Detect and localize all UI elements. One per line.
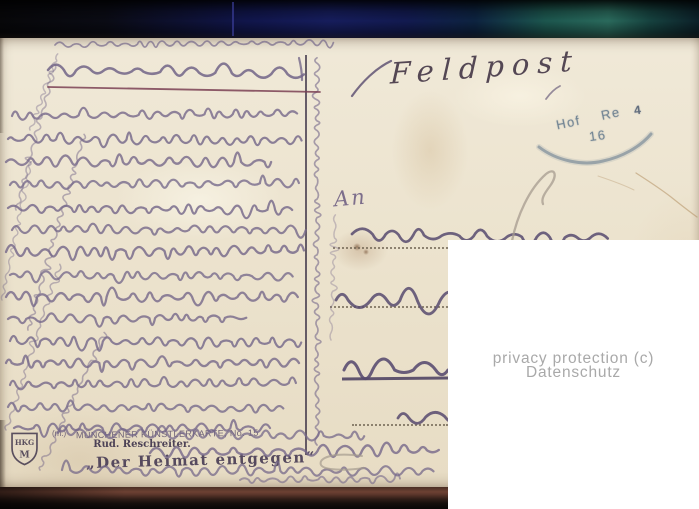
handwriting-stroke [12, 106, 297, 120]
handwriting-stroke [150, 442, 439, 459]
handwriting-stroke [312, 58, 321, 445]
handwriting-stroke [55, 40, 333, 51]
mark-stroke [546, 86, 560, 99]
handwriting-stroke [8, 400, 283, 413]
handwriting-stroke [10, 175, 299, 189]
handwriting-stroke [62, 461, 434, 478]
mark-stroke [512, 171, 555, 241]
scan-top-bar [0, 0, 699, 38]
handwriting-stroke [8, 199, 292, 219]
an-handwriting: An [333, 185, 368, 212]
handwriting-stroke [48, 61, 304, 81]
handwriting-stroke [10, 376, 296, 389]
mark-stroke [598, 176, 634, 190]
handwriting-stroke [10, 271, 293, 284]
privacy-line2: Datenschutz [448, 366, 699, 380]
left-edge-shadow [0, 420, 6, 488]
handwriting-stroke [6, 356, 299, 372]
handwriting-stroke [2, 263, 65, 432]
left-edge-top-shadow [0, 38, 4, 133]
scan-artifact-line [232, 2, 234, 36]
handwriting-stroke [336, 288, 460, 315]
postmark-mark: 4 [633, 102, 643, 117]
postcard-scan: Feldpost An Hof Re 4 16 HKG M (m.) MÜNCH… [0, 0, 699, 509]
postmark-day: 16 [588, 127, 607, 144]
mark-stroke [636, 173, 697, 217]
mark-stroke [48, 87, 320, 92]
handwriting-stroke [14, 420, 270, 437]
handwriting-stroke [327, 215, 340, 340]
handwriting-stroke [10, 336, 301, 352]
handwriting-stroke [8, 132, 302, 148]
mark-stroke [352, 61, 391, 96]
handwriting-stroke [6, 153, 271, 168]
privacy-overlay: privacy protection (c) Datenschutz [448, 240, 699, 509]
